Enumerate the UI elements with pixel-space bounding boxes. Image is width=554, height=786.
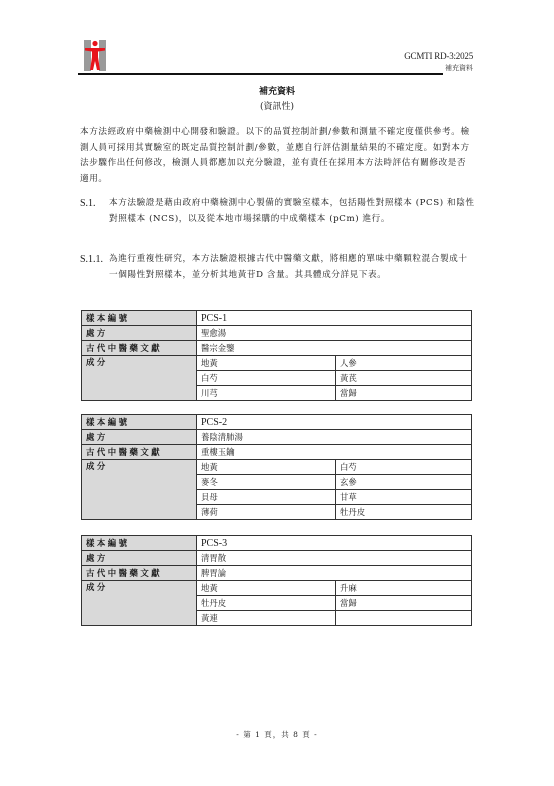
section-s1-1: S.1.1. 為進行重複性研究，本方法驗證根據古代中醫藥文獻，將相應的單味中藥顆… xyxy=(80,252,475,283)
ingredient-cell: 當歸 xyxy=(336,596,472,611)
label-ingredients: 成分 xyxy=(82,460,197,520)
table-row: 處方 養陰清肺湯 xyxy=(82,430,472,445)
ingredient-cell xyxy=(336,611,472,626)
formula-value: 聖愈湯 xyxy=(197,326,472,341)
label-ingredients: 成分 xyxy=(82,581,197,626)
literature-value: 脾胃論 xyxy=(197,566,472,581)
table-row: 成分 地黃 人參 xyxy=(82,356,472,371)
ingredient-cell: 黃連 xyxy=(197,611,336,626)
ingredient-cell: 白芍 xyxy=(336,460,472,475)
literature-value: 醫宗金鑒 xyxy=(197,341,472,356)
ingredient-cell: 牡丹皮 xyxy=(197,596,336,611)
ingredient-cell: 白芍 xyxy=(197,371,336,386)
page-title: 補充資料 xyxy=(0,84,554,97)
label-sample-no: 樣本編號 xyxy=(82,311,197,326)
header-divider xyxy=(78,73,443,75)
table-row: 古代中醫藥文獻 重樓玉鑰 xyxy=(82,445,472,460)
sample-table-pcs-2: 樣本編號 PCS-2 處方 養陰清肺湯 古代中醫藥文獻 重樓玉鑰 成分 地黃 白… xyxy=(81,414,472,520)
ingredient-cell: 甘草 xyxy=(336,490,472,505)
government-laboratory-logo xyxy=(84,40,106,71)
table-row: 樣本編號 PCS-2 xyxy=(82,415,472,430)
formula-value: 清胃散 xyxy=(197,551,472,566)
ingredient-cell: 牡丹皮 xyxy=(336,505,472,520)
sample-table-pcs-3: 樣本編號 PCS-3 處方 清胃散 古代中醫藥文獻 脾胃論 成分 地黃 升麻 牡… xyxy=(81,535,472,626)
section-s1: S.1. 本方法驗證是藉由政府中藥檢測中心製備的實驗室樣本，包括陽性對照樣本 (… xyxy=(80,196,475,227)
section-text: 為進行重複性研究，本方法驗證根據古代中醫藥文獻，將相應的單味中藥顆粒混合製成十一… xyxy=(109,252,475,283)
label-literature: 古代中醫藥文獻 xyxy=(82,341,197,356)
section-number: S.1.1. xyxy=(80,252,103,268)
ingredient-cell: 地黃 xyxy=(197,581,336,596)
page-subtitle: (資訊性) xyxy=(0,99,554,112)
ingredient-cell: 薄荷 xyxy=(197,505,336,520)
logo-figure-icon xyxy=(84,40,106,71)
sample-no-value: PCS-1 xyxy=(197,311,472,326)
ingredient-cell: 貝母 xyxy=(197,490,336,505)
document-code: GCMTI RD-3:2025 xyxy=(404,51,473,61)
label-ingredients: 成分 xyxy=(82,356,197,401)
label-sample-no: 樣本編號 xyxy=(82,415,197,430)
label-literature: 古代中醫藥文獻 xyxy=(82,566,197,581)
sample-no-value: PCS-2 xyxy=(197,415,472,430)
table-row: 古代中醫藥文獻 脾胃論 xyxy=(82,566,472,581)
label-formula: 處方 xyxy=(82,430,197,445)
sample-no-value: PCS-3 xyxy=(197,536,472,551)
section-text: 本方法驗證是藉由政府中藥檢測中心製備的實驗室樣本，包括陽性對照樣本 (PCS) … xyxy=(109,196,475,227)
ingredient-cell: 升麻 xyxy=(336,581,472,596)
table-row: 處方 聖愈湯 xyxy=(82,326,472,341)
label-sample-no: 樣本編號 xyxy=(82,536,197,551)
ingredient-cell: 地黃 xyxy=(197,356,336,371)
label-formula: 處方 xyxy=(82,551,197,566)
header-section-label: 補充資料 xyxy=(445,63,473,73)
table-row: 成分 地黃 升麻 xyxy=(82,581,472,596)
sample-table-pcs-1: 樣本編號 PCS-1 處方 聖愈湯 古代中醫藥文獻 醫宗金鑒 成分 地黃 人參 … xyxy=(81,310,472,401)
document-page: GCMTI RD-3:2025 補充資料 補充資料 (資訊性) 本方法經政府中藥… xyxy=(0,0,554,786)
table-row: 古代中醫藥文獻 醫宗金鑒 xyxy=(82,341,472,356)
ingredient-cell: 人參 xyxy=(336,356,472,371)
formula-value: 養陰清肺湯 xyxy=(197,430,472,445)
section-number: S.1. xyxy=(80,196,96,212)
ingredient-cell: 麥冬 xyxy=(197,475,336,490)
ingredient-cell: 地黃 xyxy=(197,460,336,475)
ingredient-cell: 當歸 xyxy=(336,386,472,401)
intro-paragraph: 本方法經政府中藥檢測中心開發和驗證。以下的品質控制計劃/參數和測量不確定度僅供參… xyxy=(80,125,475,187)
ingredient-cell: 黃芪 xyxy=(336,371,472,386)
table-row: 樣本編號 PCS-3 xyxy=(82,536,472,551)
page-number-footer: - 第 1 頁，共 8 頁 - xyxy=(0,729,554,740)
ingredient-cell: 川芎 xyxy=(197,386,336,401)
label-formula: 處方 xyxy=(82,326,197,341)
table-row: 成分 地黃 白芍 xyxy=(82,460,472,475)
ingredient-cell: 玄參 xyxy=(336,475,472,490)
label-literature: 古代中醫藥文獻 xyxy=(82,445,197,460)
literature-value: 重樓玉鑰 xyxy=(197,445,472,460)
table-row: 處方 清胃散 xyxy=(82,551,472,566)
table-row: 樣本編號 PCS-1 xyxy=(82,311,472,326)
